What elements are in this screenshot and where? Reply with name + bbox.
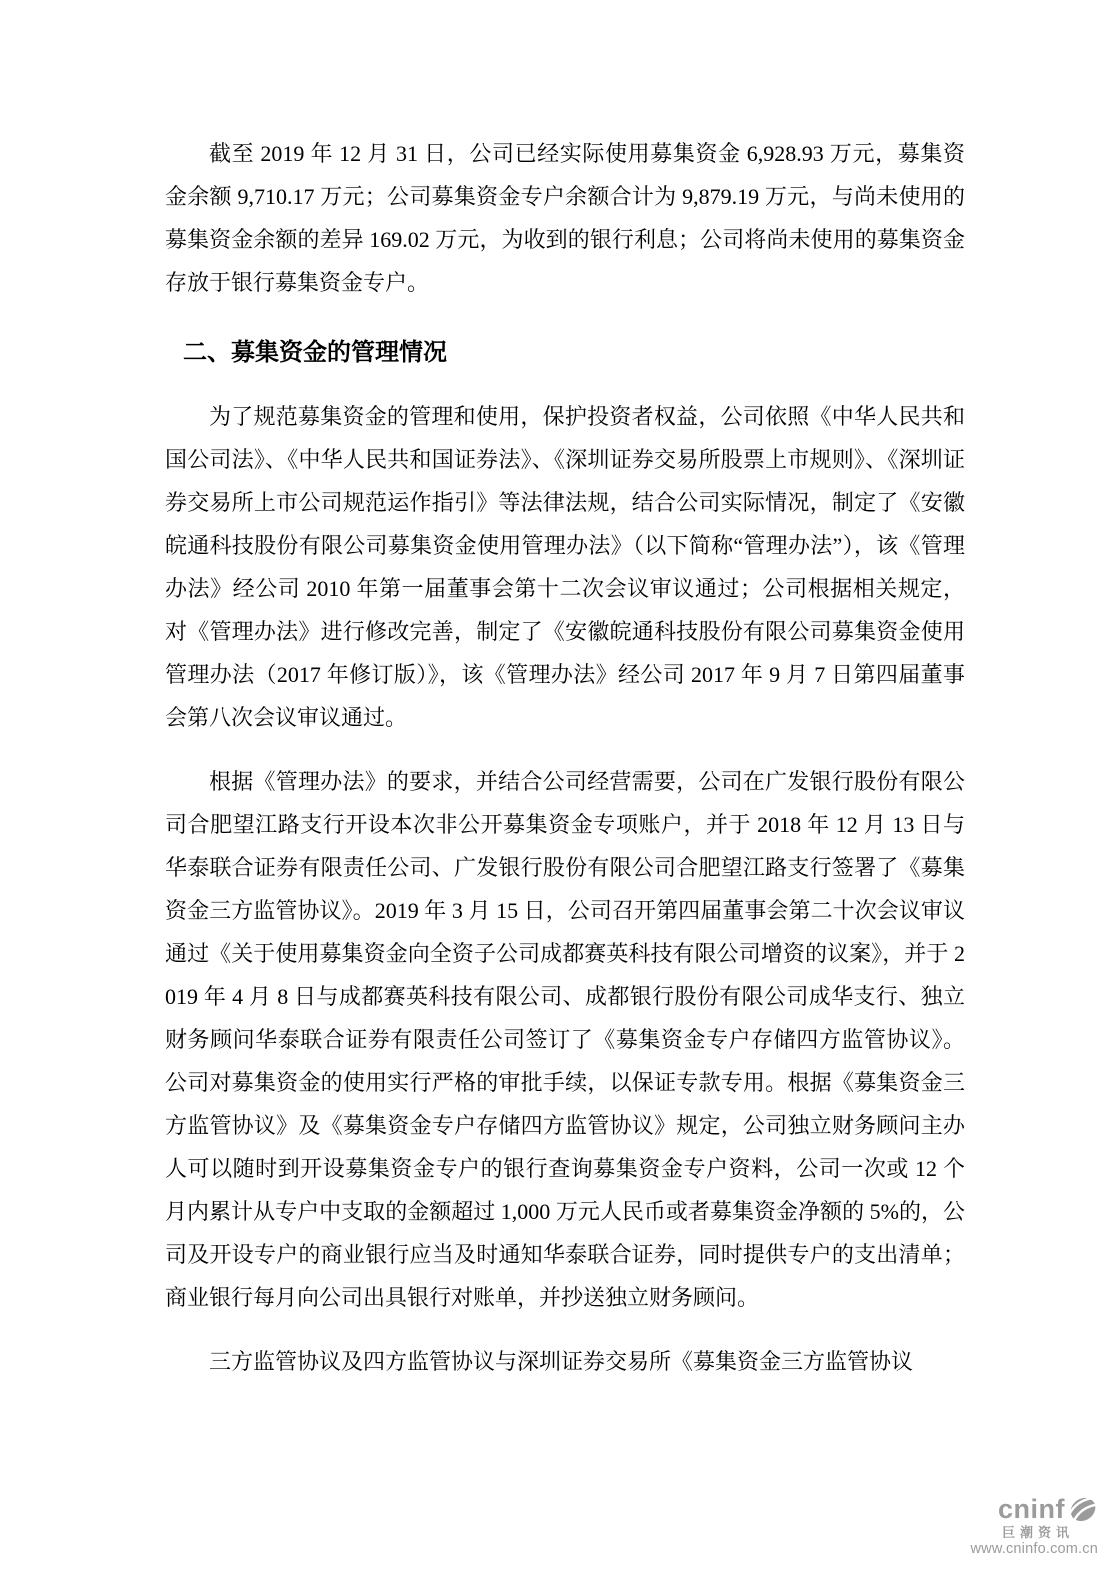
cninfo-logo-row: cninf [971,1496,1099,1523]
cninfo-globe-swoosh-icon [1068,1496,1098,1523]
cninfo-website-url: www.cninfo.com.cn [971,1542,1099,1557]
paragraph-supervision-agreements: 根据《管理办法》的要求，并结合公司经营需要，公司在广发银行股份有限公司合肥望江路… [165,760,965,1319]
document-body: 截至 2019 年 12 月 31 日，公司已经实际使用募集资金 6,928.9… [165,132,965,1383]
paragraph-fund-usage-summary: 截至 2019 年 12 月 31 日，公司已经实际使用募集资金 6,928.9… [165,132,965,304]
cninfo-logo-chinese-name: 巨潮资讯 [971,1526,1075,1539]
paragraph-agreement-comparison: 三方监管协议及四方监管协议与深圳证券交易所《募集资金三方监管协议 [165,1340,965,1383]
cninfo-logo-text: cninf [998,1496,1065,1523]
paragraph-management-rules: 为了规范募集资金的管理和使用，保护投资者权益，公司依照《中华人民共和国公司法》、… [165,395,965,739]
cninfo-logo: cninf 巨潮资讯 www.cninfo.com.cn [971,1496,1099,1557]
section-heading-fund-management: 二、募集资金的管理情况 [183,337,965,369]
document-page: 截至 2019 年 12 月 31 日，公司已经实际使用募集资金 6,928.9… [0,0,1110,1570]
